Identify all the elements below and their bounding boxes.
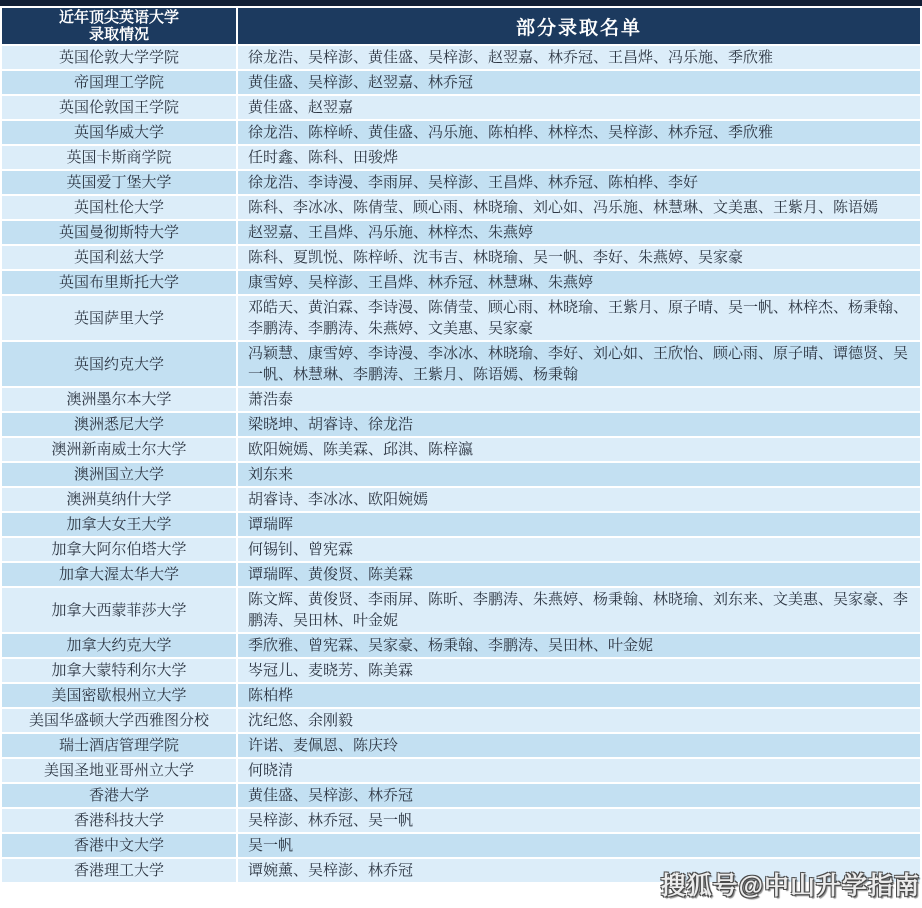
table-row: 英国萨里大学邓皓天、黄泊霖、李诗漫、陈倩莹、顾心雨、林晓瑜、王紫月、原子晴、吴一…: [2, 296, 920, 340]
university-cell: 英国爱丁堡大学: [2, 171, 236, 194]
admitted-names-cell: 谭婉薰、吴梓澎、林乔冠: [238, 859, 920, 882]
admitted-names-cell: 陈科、李冰冰、陈倩莹、顾心雨、林晓瑜、刘心如、冯乐施、林慧琳、文美惠、王紫月、陈…: [238, 196, 920, 219]
admitted-names-cell: 萧浩泰: [238, 388, 920, 411]
admitted-names-cell: 刘东来: [238, 463, 920, 486]
university-cell: 英国曼彻斯特大学: [2, 221, 236, 244]
admitted-names-cell: 谭瑞晖: [238, 513, 920, 536]
table-row: 加拿大女王大学谭瑞晖: [2, 513, 920, 536]
table-row: 英国利兹大学陈科、夏凯悦、陈梓峤、沈韦吉、林晓瑜、吴一帆、李好、朱燕婷、吴家豪: [2, 246, 920, 269]
admitted-names-cell: 徐龙浩、李诗漫、李雨屏、吴梓澎、王昌烨、林乔冠、陈柏桦、李好: [238, 171, 920, 194]
university-cell: 澳洲新南威士尔大学: [2, 438, 236, 461]
table-row: 英国卡斯商学院任时鑫、陈科、田骏烨: [2, 146, 920, 169]
admitted-names-cell: 吴一帆: [238, 834, 920, 857]
header-row: 近年顶尖英语大学 录取情况 部分录取名单: [2, 8, 920, 44]
university-cell: 英国伦敦大学学院: [2, 46, 236, 69]
admitted-names-cell: 黄佳盛、赵翌嘉: [238, 96, 920, 119]
admitted-names-cell: 康雪婷、吴梓澎、王昌烨、林乔冠、林慧琳、朱燕婷: [238, 271, 920, 294]
table-row: 帝国理工学院黄佳盛、吴梓澎、赵翌嘉、林乔冠: [2, 71, 920, 94]
table-row: 英国杜伦大学陈科、李冰冰、陈倩莹、顾心雨、林晓瑜、刘心如、冯乐施、林慧琳、文美惠…: [2, 196, 920, 219]
university-cell: 加拿大渥太华大学: [2, 563, 236, 586]
admitted-names-cell: 陈科、夏凯悦、陈梓峤、沈韦吉、林晓瑜、吴一帆、李好、朱燕婷、吴家豪: [238, 246, 920, 269]
university-cell: 香港中文大学: [2, 834, 236, 857]
admitted-names-cell: 黄佳盛、吴梓澎、林乔冠: [238, 784, 920, 807]
header-university-column: 近年顶尖英语大学 录取情况: [2, 8, 236, 44]
header-names-column: 部分录取名单: [238, 8, 920, 44]
university-cell: 美国圣地亚哥州立大学: [2, 759, 236, 782]
university-cell: 澳洲莫纳什大学: [2, 488, 236, 511]
table-row: 加拿大蒙特利尔大学岑冠儿、麦晓芳、陈美霖: [2, 659, 920, 682]
table-row: 香港科技大学吴梓澎、林乔冠、吴一帆: [2, 809, 920, 832]
table-row: 澳洲新南威士尔大学欧阳婉嫣、陈美霖、邱淇、陈梓瀛: [2, 438, 920, 461]
admitted-names-cell: 欧阳婉嫣、陈美霖、邱淇、陈梓瀛: [238, 438, 920, 461]
admitted-names-cell: 何晓清: [238, 759, 920, 782]
admitted-names-cell: 陈柏桦: [238, 684, 920, 707]
university-cell: 英国伦敦国王学院: [2, 96, 236, 119]
university-cell: 香港理工大学: [2, 859, 236, 882]
admitted-names-cell: 沈纪悠、余刚毅: [238, 709, 920, 732]
university-cell: 帝国理工学院: [2, 71, 236, 94]
table-row: 加拿大阿尔伯塔大学何锡钊、曾宪霖: [2, 538, 920, 561]
university-cell: 美国华盛顿大学西雅图分校: [2, 709, 236, 732]
university-cell: 英国卡斯商学院: [2, 146, 236, 169]
table-row: 香港理工大学谭婉薰、吴梓澎、林乔冠: [2, 859, 920, 882]
table-row: 澳洲墨尔本大学萧浩泰: [2, 388, 920, 411]
university-cell: 澳洲墨尔本大学: [2, 388, 236, 411]
table-row: 加拿大渥太华大学谭瑞晖、黄俊贤、陈美霖: [2, 563, 920, 586]
table-row: 香港中文大学吴一帆: [2, 834, 920, 857]
admitted-names-cell: 何锡钊、曾宪霖: [238, 538, 920, 561]
table-row: 英国爱丁堡大学徐龙浩、李诗漫、李雨屏、吴梓澎、王昌烨、林乔冠、陈柏桦、李好: [2, 171, 920, 194]
university-cell: 加拿大阿尔伯塔大学: [2, 538, 236, 561]
admitted-names-cell: 谭瑞晖、黄俊贤、陈美霖: [238, 563, 920, 586]
admitted-names-cell: 梁晓坤、胡睿诗、徐龙浩: [238, 413, 920, 436]
admitted-names-cell: 赵翌嘉、王昌烨、冯乐施、林梓杰、朱燕婷: [238, 221, 920, 244]
university-cell: 香港大学: [2, 784, 236, 807]
admissions-table-page: 近年顶尖英语大学 录取情况 部分录取名单 英国伦敦大学学院徐龙浩、吴梓澎、黄佳盛…: [0, 0, 922, 908]
admitted-names-cell: 黄佳盛、吴梓澎、赵翌嘉、林乔冠: [238, 71, 920, 94]
admitted-names-cell: 冯颖慧、康雪婷、李诗漫、李冰冰、林晓瑜、李好、刘心如、王欣怡、顾心雨、原子晴、谭…: [238, 342, 920, 386]
admitted-names-cell: 任时鑫、陈科、田骏烨: [238, 146, 920, 169]
university-cell: 英国布里斯托大学: [2, 271, 236, 294]
admissions-table: 近年顶尖英语大学 录取情况 部分录取名单 英国伦敦大学学院徐龙浩、吴梓澎、黄佳盛…: [0, 6, 922, 884]
table-row: 美国华盛顿大学西雅图分校沈纪悠、余刚毅: [2, 709, 920, 732]
table-row: 英国约克大学冯颖慧、康雪婷、李诗漫、李冰冰、林晓瑜、李好、刘心如、王欣怡、顾心雨…: [2, 342, 920, 386]
table-row: 英国伦敦大学学院徐龙浩、吴梓澎、黄佳盛、吴梓澎、赵翌嘉、林乔冠、王昌烨、冯乐施、…: [2, 46, 920, 69]
admitted-names-cell: 徐龙浩、吴梓澎、黄佳盛、吴梓澎、赵翌嘉、林乔冠、王昌烨、冯乐施、季欣雅: [238, 46, 920, 69]
university-cell: 加拿大西蒙菲莎大学: [2, 588, 236, 632]
admitted-names-cell: 邓皓天、黄泊霖、李诗漫、陈倩莹、顾心雨、林晓瑜、王紫月、原子晴、吴一帆、林梓杰、…: [238, 296, 920, 340]
table-row: 澳洲莫纳什大学胡睿诗、李冰冰、欧阳婉嫣: [2, 488, 920, 511]
table-row: 英国华威大学徐龙浩、陈梓峤、黄佳盛、冯乐施、陈柏桦、林梓杰、吴梓澎、林乔冠、季欣…: [2, 121, 920, 144]
table-row: 加拿大西蒙菲莎大学陈文辉、黄俊贤、李雨屏、陈昕、李鹏涛、朱燕婷、杨秉翰、林晓瑜、…: [2, 588, 920, 632]
table-body: 英国伦敦大学学院徐龙浩、吴梓澎、黄佳盛、吴梓澎、赵翌嘉、林乔冠、王昌烨、冯乐施、…: [2, 46, 920, 882]
table-row: 澳洲悉尼大学梁晓坤、胡睿诗、徐龙浩: [2, 413, 920, 436]
university-cell: 英国萨里大学: [2, 296, 236, 340]
university-cell: 英国杜伦大学: [2, 196, 236, 219]
admitted-names-cell: 岑冠儿、麦晓芳、陈美霖: [238, 659, 920, 682]
admitted-names-cell: 许诺、麦佩恩、陈庆玲: [238, 734, 920, 757]
admitted-names-cell: 胡睿诗、李冰冰、欧阳婉嫣: [238, 488, 920, 511]
university-cell: 香港科技大学: [2, 809, 236, 832]
table-row: 香港大学黄佳盛、吴梓澎、林乔冠: [2, 784, 920, 807]
admitted-names-cell: 吴梓澎、林乔冠、吴一帆: [238, 809, 920, 832]
table-header: 近年顶尖英语大学 录取情况 部分录取名单: [2, 8, 920, 44]
university-cell: 英国华威大学: [2, 121, 236, 144]
university-cell: 澳洲悉尼大学: [2, 413, 236, 436]
table-row: 英国伦敦国王学院黄佳盛、赵翌嘉: [2, 96, 920, 119]
university-cell: 美国密歇根州立大学: [2, 684, 236, 707]
admitted-names-cell: 徐龙浩、陈梓峤、黄佳盛、冯乐施、陈柏桦、林梓杰、吴梓澎、林乔冠、季欣雅: [238, 121, 920, 144]
admitted-names-cell: 陈文辉、黄俊贤、李雨屏、陈昕、李鹏涛、朱燕婷、杨秉翰、林晓瑜、刘东来、文美惠、吴…: [238, 588, 920, 632]
table-row: 英国曼彻斯特大学赵翌嘉、王昌烨、冯乐施、林梓杰、朱燕婷: [2, 221, 920, 244]
table-row: 加拿大约克大学季欣雅、曾宪霖、吴家豪、杨秉翰、李鹏涛、吴田林、叶金妮: [2, 634, 920, 657]
university-cell: 英国利兹大学: [2, 246, 236, 269]
university-cell: 瑞士酒店管理学院: [2, 734, 236, 757]
university-cell: 英国约克大学: [2, 342, 236, 386]
table-row: 澳洲国立大学刘东来: [2, 463, 920, 486]
university-cell: 加拿大约克大学: [2, 634, 236, 657]
table-row: 瑞士酒店管理学院许诺、麦佩恩、陈庆玲: [2, 734, 920, 757]
university-cell: 澳洲国立大学: [2, 463, 236, 486]
table-row: 英国布里斯托大学康雪婷、吴梓澎、王昌烨、林乔冠、林慧琳、朱燕婷: [2, 271, 920, 294]
table-row: 美国圣地亚哥州立大学何晓清: [2, 759, 920, 782]
university-cell: 加拿大女王大学: [2, 513, 236, 536]
table-row: 美国密歇根州立大学陈柏桦: [2, 684, 920, 707]
university-cell: 加拿大蒙特利尔大学: [2, 659, 236, 682]
admitted-names-cell: 季欣雅、曾宪霖、吴家豪、杨秉翰、李鹏涛、吴田林、叶金妮: [238, 634, 920, 657]
